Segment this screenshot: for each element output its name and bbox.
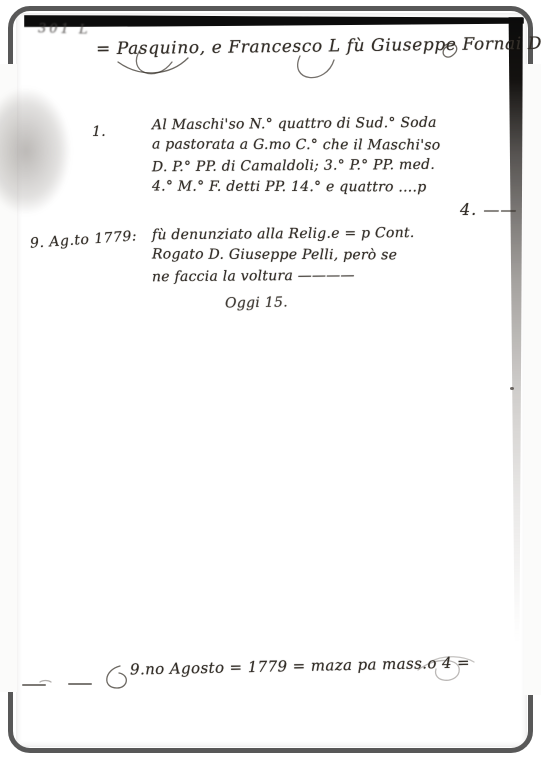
amount-value: 4. —— (460, 200, 517, 219)
entry-text-line: 4.° M.° F. detti PP. 14.° e quattro ....… (152, 176, 442, 198)
paper-overflow-right (524, 64, 541, 695)
entry-text-line: ne faccia la voltura ———— (152, 265, 442, 289)
entry-text-line: fù denunziato alla Relig.e = p Cont. (152, 223, 442, 247)
paper-speck (510, 387, 514, 390)
entry-text-line: D. P.° PP. di Camaldoli; 3.° P.° PP. med… (152, 155, 442, 179)
entry-text-line: a pastorata a G.mo C.° che il Maschi'so (152, 134, 442, 156)
entry-postscript: Oggi 15. (225, 294, 288, 311)
ink-stain-smudge (0, 66, 86, 236)
margin-dash (68, 683, 92, 685)
margin-dash (22, 684, 46, 686)
scanned-document-page: 301 L = Pasquino, e Francesco L fù Giuse… (0, 0, 541, 760)
entry-text-line: Rogato D. Giuseppe Pelli, però se (152, 244, 442, 266)
entry-text-line: Al Maschi'so N.° quattro di Sud.° Soda (152, 113, 442, 137)
entry-number: 1. (92, 124, 106, 140)
archival-mark: 301 L (38, 21, 91, 37)
entry-text-block: Al Maschi'so N.° quattro di Sud.° Soda a… (152, 114, 442, 287)
